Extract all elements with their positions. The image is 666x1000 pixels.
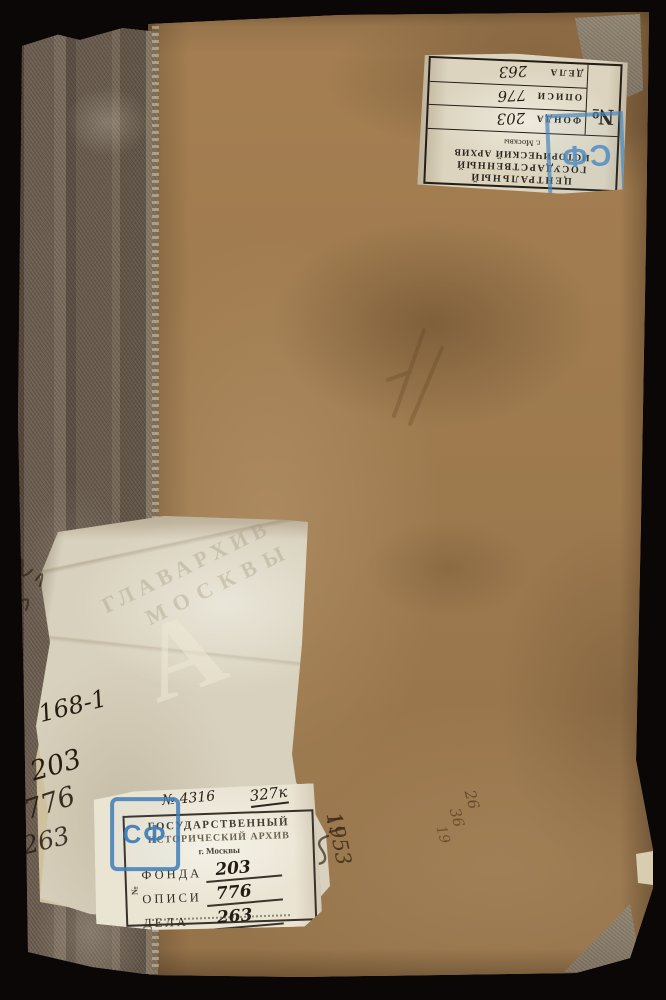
- archive-label-upside-down: ЦЕНТРАЛЬНЫЙ ГОСУДАРСТВЕННЫЙ ИСТОРИЧЕСКИЙ…: [417, 50, 629, 197]
- book-cover: ГЛАВАРХИВ МОСКВЫ А 168-1 203 776 263 195…: [0, 0, 666, 1000]
- field-value: 203: [496, 108, 525, 128]
- handwritten-shelf-code: 327к: [249, 783, 289, 808]
- no-symbol: №: [129, 885, 139, 894]
- field-value: 263: [498, 61, 527, 81]
- photo-stage: ГЛАВАРХИВ МОСКВЫ А 168-1 203 776 263 195…: [0, 0, 666, 1000]
- blue-sf-stamp: СФ: [545, 111, 627, 198]
- archive-label: № 4316 327к СФ ГОСУДАРСТВЕННЫЙ ИСТОРИЧЕС…: [92, 783, 323, 934]
- field-value: 776: [497, 85, 526, 105]
- field-label: ДЕЛА: [527, 62, 588, 78]
- page-edge-sliver: [636, 851, 653, 885]
- field-label: ОПИСИ: [142, 890, 206, 907]
- blue-sf-stamp: СФ: [110, 797, 180, 871]
- field-label: ОПИСИ: [526, 86, 587, 102]
